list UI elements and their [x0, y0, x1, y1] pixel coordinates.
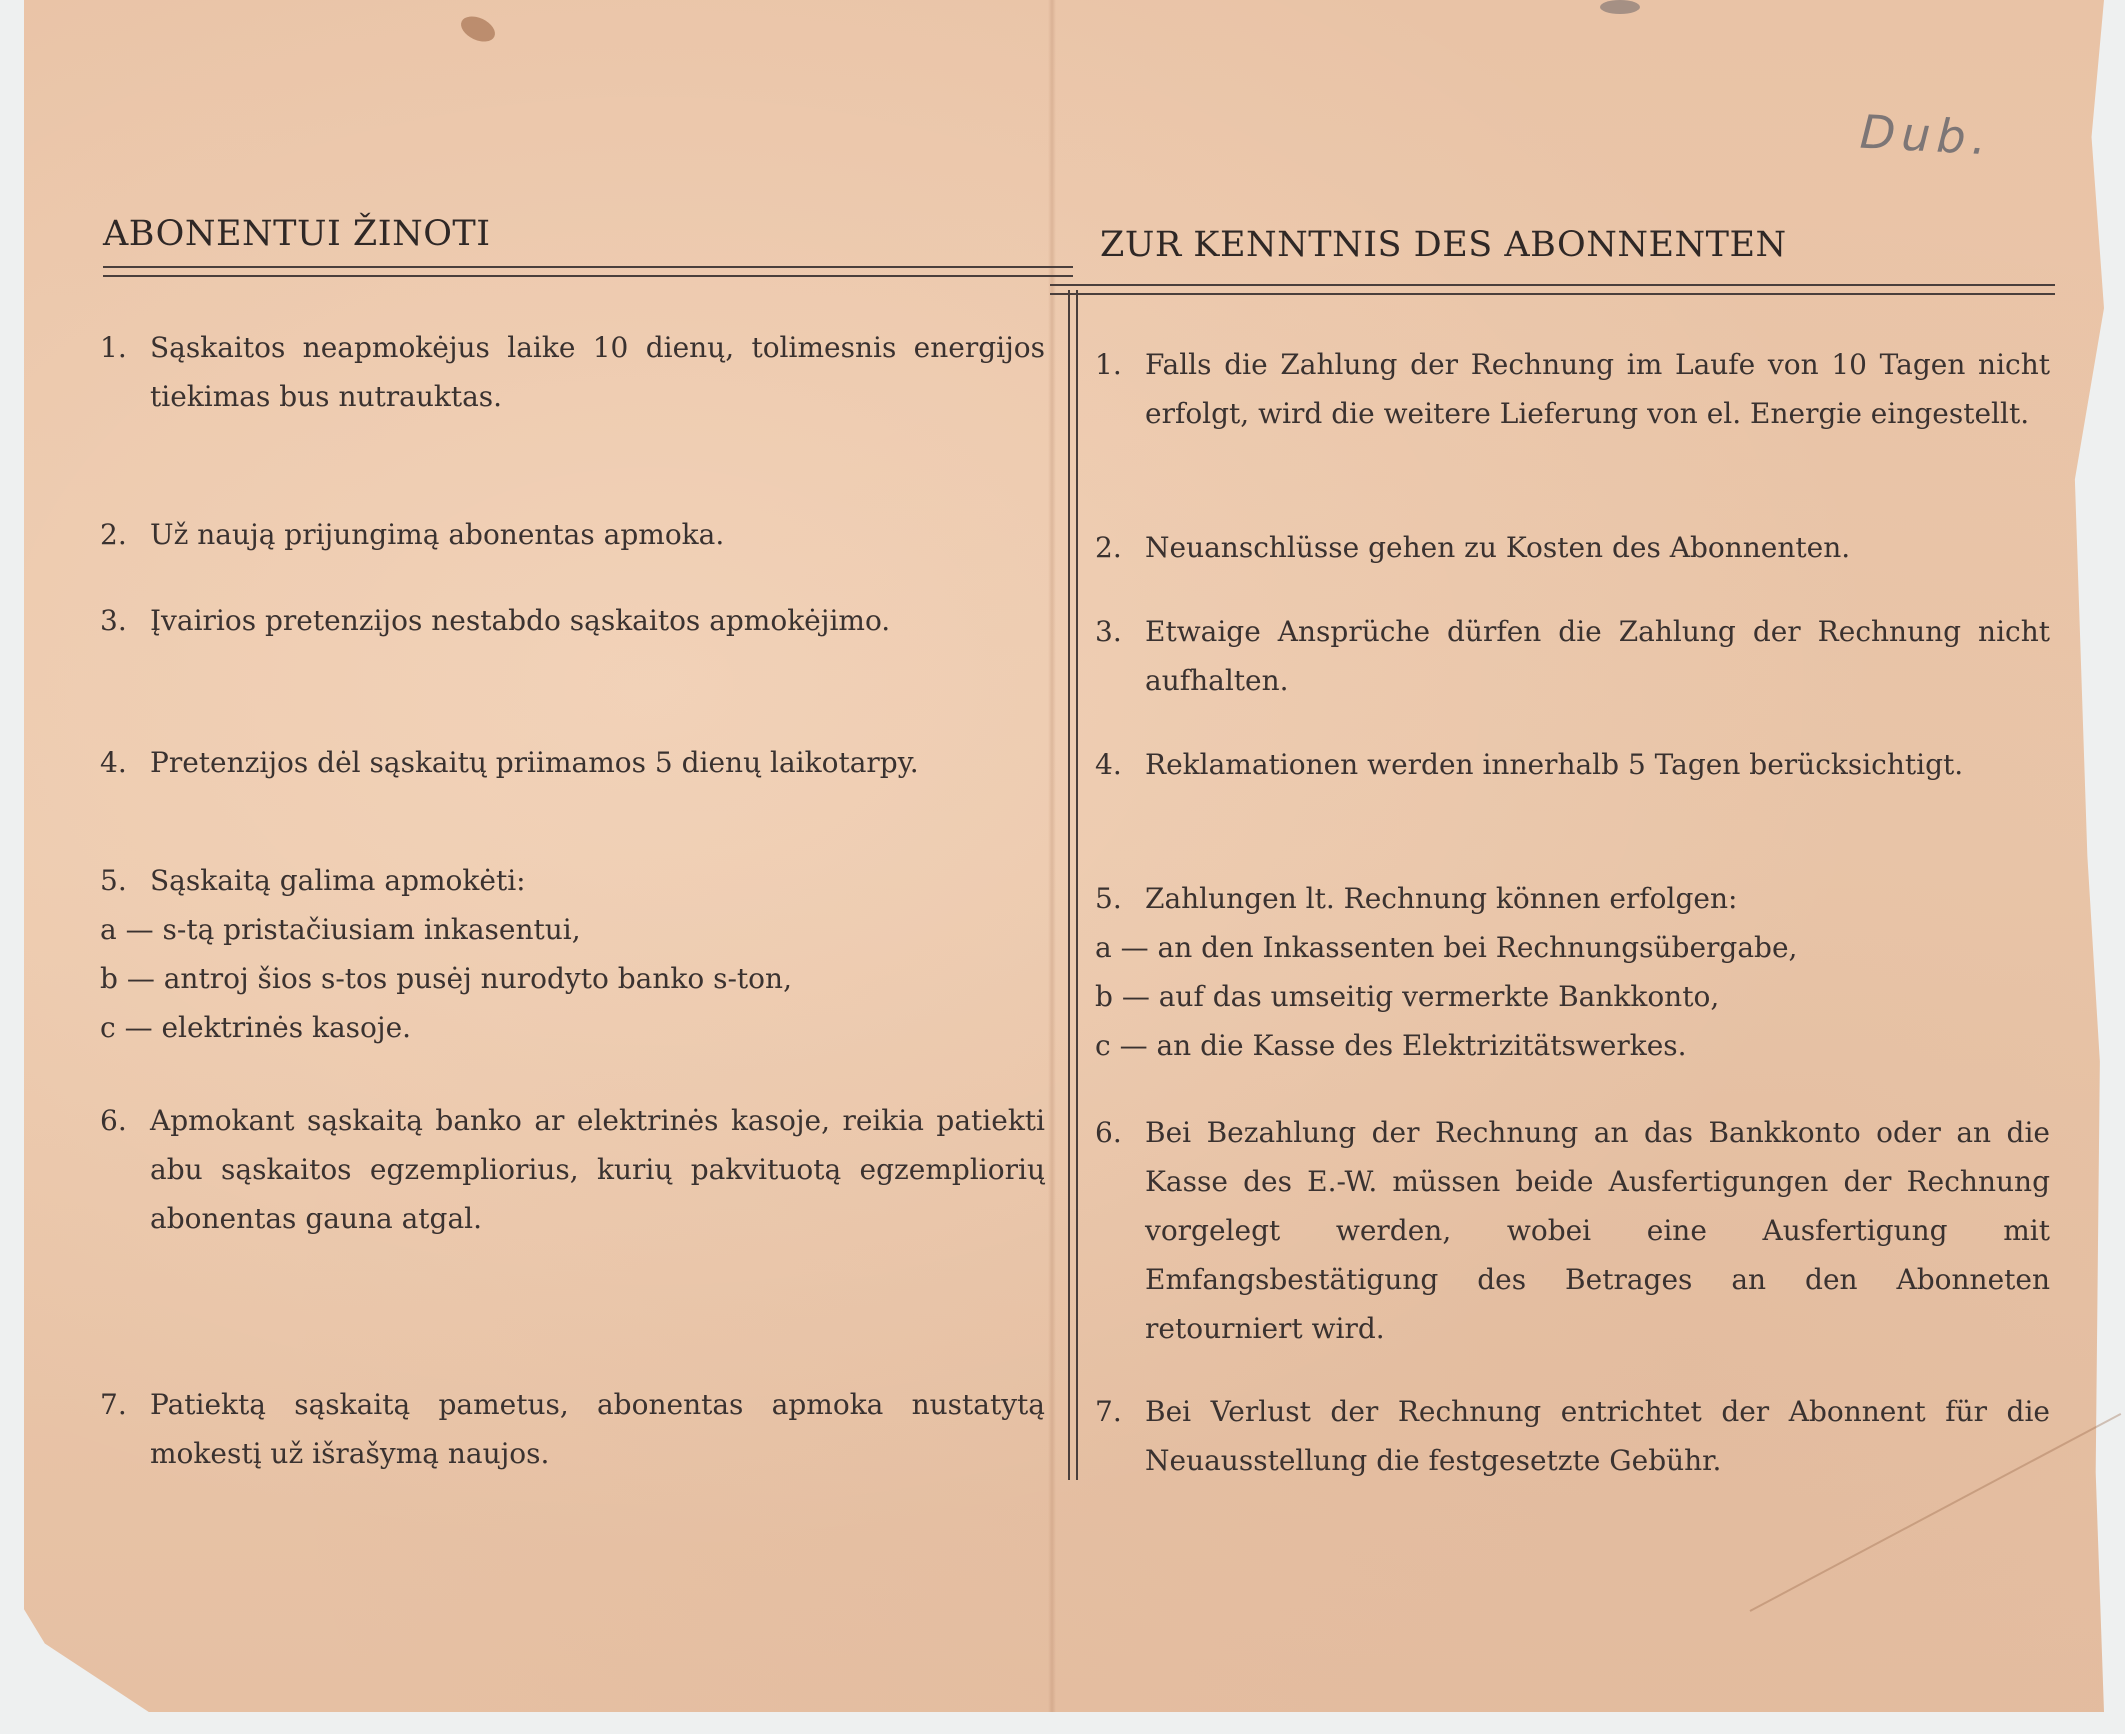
sub-item: a — an den Inkassenten bei Rechnungsüber… — [1095, 923, 2050, 972]
item-text: Sąskaitos neapmokėjus laike 10 dienų, to… — [150, 323, 1045, 421]
column-divider — [1068, 290, 1078, 1480]
sub-item: b — auf das umseitig vermerkte Bankkonto… — [1095, 972, 2050, 1021]
list-item: 6. Bei Bezahlung der Rechnung an das Ban… — [1095, 1108, 2050, 1353]
handwritten-note: Dub. — [1859, 105, 1994, 166]
list-item: 7. Patiektą sąskaitą pametus, abonentas … — [100, 1380, 1045, 1478]
item-text: Neuanschlüsse gehen zu Kosten des Abonne… — [1145, 523, 2050, 572]
list-item: 1. Falls die Zahlung der Rechnung im Lau… — [1095, 340, 2050, 438]
item-text: Etwaige Ansprüche dürfen die Zahlung der… — [1145, 607, 2050, 705]
list-item: 2. Už naują prijungimą abonentas apmoka. — [100, 510, 1045, 559]
item-number: 5. — [1095, 874, 1122, 923]
list-item: 3. Įvairios pretenzijos nestabdo sąskait… — [100, 596, 1045, 645]
item-number: 1. — [100, 323, 127, 372]
german-heading: ZUR KENNTNIS DES ABONNENTEN — [1100, 225, 1787, 265]
list-item: 1. Sąskaitos neapmokėjus laike 10 dienų,… — [100, 323, 1045, 421]
list-item: 4. Pretenzijos dėl sąskaitų priimamos 5 … — [100, 738, 1045, 787]
sub-item: a — s-tą pristačiusiam inkasentui, — [100, 905, 1045, 954]
stain-spot — [1600, 0, 1640, 14]
item-text: Pretenzijos dėl sąskaitų priimamos 5 die… — [150, 738, 1045, 787]
item-number: 2. — [100, 510, 127, 559]
item-number: 4. — [100, 738, 127, 787]
item-number: 7. — [1095, 1387, 1122, 1436]
item-text: Bei Verlust der Rechnung entrichtet der … — [1145, 1387, 2050, 1485]
item-text: Reklamationen werden innerhalb 5 Tagen b… — [1145, 740, 2050, 789]
sub-item: b — antroj šios s-tos pusėj nurodyto ban… — [100, 954, 1045, 1003]
item-number: 7. — [100, 1380, 127, 1429]
item-number: 4. — [1095, 740, 1122, 789]
item-text: Sąskaitą galima apmokėti: — [150, 856, 1045, 905]
item-number: 6. — [1095, 1108, 1122, 1157]
list-item: 2. Neuanschlüsse gehen zu Kosten des Abo… — [1095, 523, 2050, 572]
item-text: Už naują prijungimą abonentas apmoka. — [150, 510, 1045, 559]
item-number: 3. — [100, 596, 127, 645]
list-item: 5. Sąskaitą galima apmokėti: a — s-tą pr… — [100, 856, 1045, 1052]
heading-double-rule — [103, 266, 1073, 277]
item-text: Bei Bezahlung der Rechnung an das Bankko… — [1145, 1108, 2050, 1353]
lithuanian-heading: ABONENTUI ŽINOTI — [103, 214, 491, 254]
list-item: 5. Zahlungen lt. Rechnung können erfolge… — [1095, 874, 2050, 1070]
item-number: 3. — [1095, 607, 1122, 656]
list-item: 6. Apmokant sąskaitą banko ar elektrinės… — [100, 1096, 1045, 1243]
item-number: 1. — [1095, 340, 1122, 389]
heading-double-rule — [1050, 284, 2055, 295]
sub-item: c — an die Kasse des Elektrizitätswerkes… — [1095, 1021, 2050, 1070]
sub-item: c — elektrinės kasoje. — [100, 1003, 1045, 1052]
center-fold-crease — [1048, 0, 1056, 1712]
item-number: 5. — [100, 856, 127, 905]
item-text: Zahlungen lt. Rechnung können erfolgen: — [1145, 874, 2050, 923]
list-item: 7. Bei Verlust der Rechnung entrichtet d… — [1095, 1387, 2050, 1485]
item-text: Falls die Zahlung der Rechnung im Laufe … — [1145, 340, 2050, 438]
item-text: Įvairios pretenzijos nestabdo sąskaitos … — [150, 596, 1045, 645]
list-item: 4. Reklamationen werden innerhalb 5 Tage… — [1095, 740, 2050, 789]
list-item: 3. Etwaige Ansprüche dürfen die Zahlung … — [1095, 607, 2050, 705]
item-text: Apmokant sąskaitą banko ar elektrinės ka… — [150, 1096, 1045, 1243]
item-text: Patiektą sąskaitą pametus, abonentas apm… — [150, 1380, 1045, 1478]
item-number: 6. — [100, 1096, 127, 1145]
item-number: 2. — [1095, 523, 1122, 572]
